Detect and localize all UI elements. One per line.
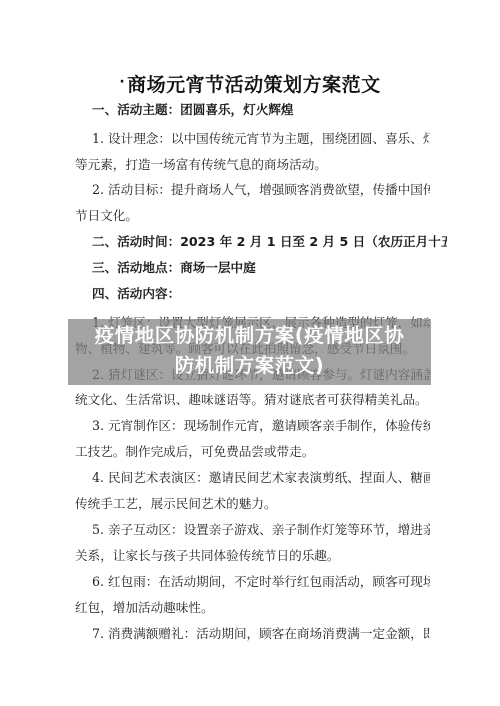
paragraph-line: 统文化、生活常识、趣味谜语等。猜对谜底者可获得精美礼品。: [75, 392, 430, 408]
paragraph-line: 3. 元宵制作区：现场制作元宵，邀请顾客亲手制作，体验传统手: [92, 418, 430, 434]
paragraph-line: 节日文化。: [75, 208, 430, 224]
paragraph-line: 6. 红包雨：在活动期间，不定时举行红包雨活动，顾客可现场抢: [92, 574, 430, 590]
document-title: ·商场元宵节活动策划方案范文: [0, 70, 500, 97]
paragraph-line: 红包，增加活动趣味性。: [75, 600, 430, 616]
paragraph-line: 4. 民间艺术表演区：邀请民间艺术家表演剪纸、捏面人、糖画等: [92, 470, 430, 486]
paragraph-line: 工技艺。制作完成后，可免费品尝或带走。: [75, 444, 430, 460]
overlay-title: 疫情地区协防机制方案(疫情地区协 防机制方案范文): [68, 321, 431, 381]
paragraph-line: 7. 消费满额赠礼：活动期间，顾客在商场消费满一定金额，即可: [92, 626, 430, 642]
overlay-title-line-2: 防机制方案范文): [68, 351, 431, 381]
title-text: 商场元宵节活动策划方案范文: [127, 74, 381, 96]
paragraph-line: 5. 亲子互动区：设置亲子游戏、亲子制作灯笼等环节，增进亲子: [92, 522, 430, 538]
paragraph-line: 关系，让家长与孩子共同体验传统节日的乐趣。: [75, 548, 430, 564]
overlay-title-line-1: 疫情地区协防机制方案(疫情地区协: [68, 321, 431, 351]
paragraph-line: 1. 设计理念：以中国传统元宵节为主题，围绕团圆、喜乐、灯火: [92, 131, 430, 147]
section-heading: 一、活动主题：团圆喜乐，灯火辉煌: [92, 102, 447, 118]
title-marker: ·: [119, 74, 125, 90]
section-heading: 三、活动地点：商场一层中庭: [92, 260, 447, 276]
section-heading: 四、活动内容：: [92, 286, 447, 302]
paragraph-line: 等元素，打造一场富有传统气息的商场活动。: [75, 157, 430, 173]
paragraph-line: 传统手工艺，展示民间艺术的魅力。: [75, 496, 430, 512]
section-heading: 二、活动时间：2023 年 2 月 1 日至 2 月 5 日（农历正月十五）: [92, 234, 447, 250]
paragraph-line: 2. 活动目标：提升商场人气，增强顾客消费欲望，传播中国传统: [92, 182, 430, 198]
